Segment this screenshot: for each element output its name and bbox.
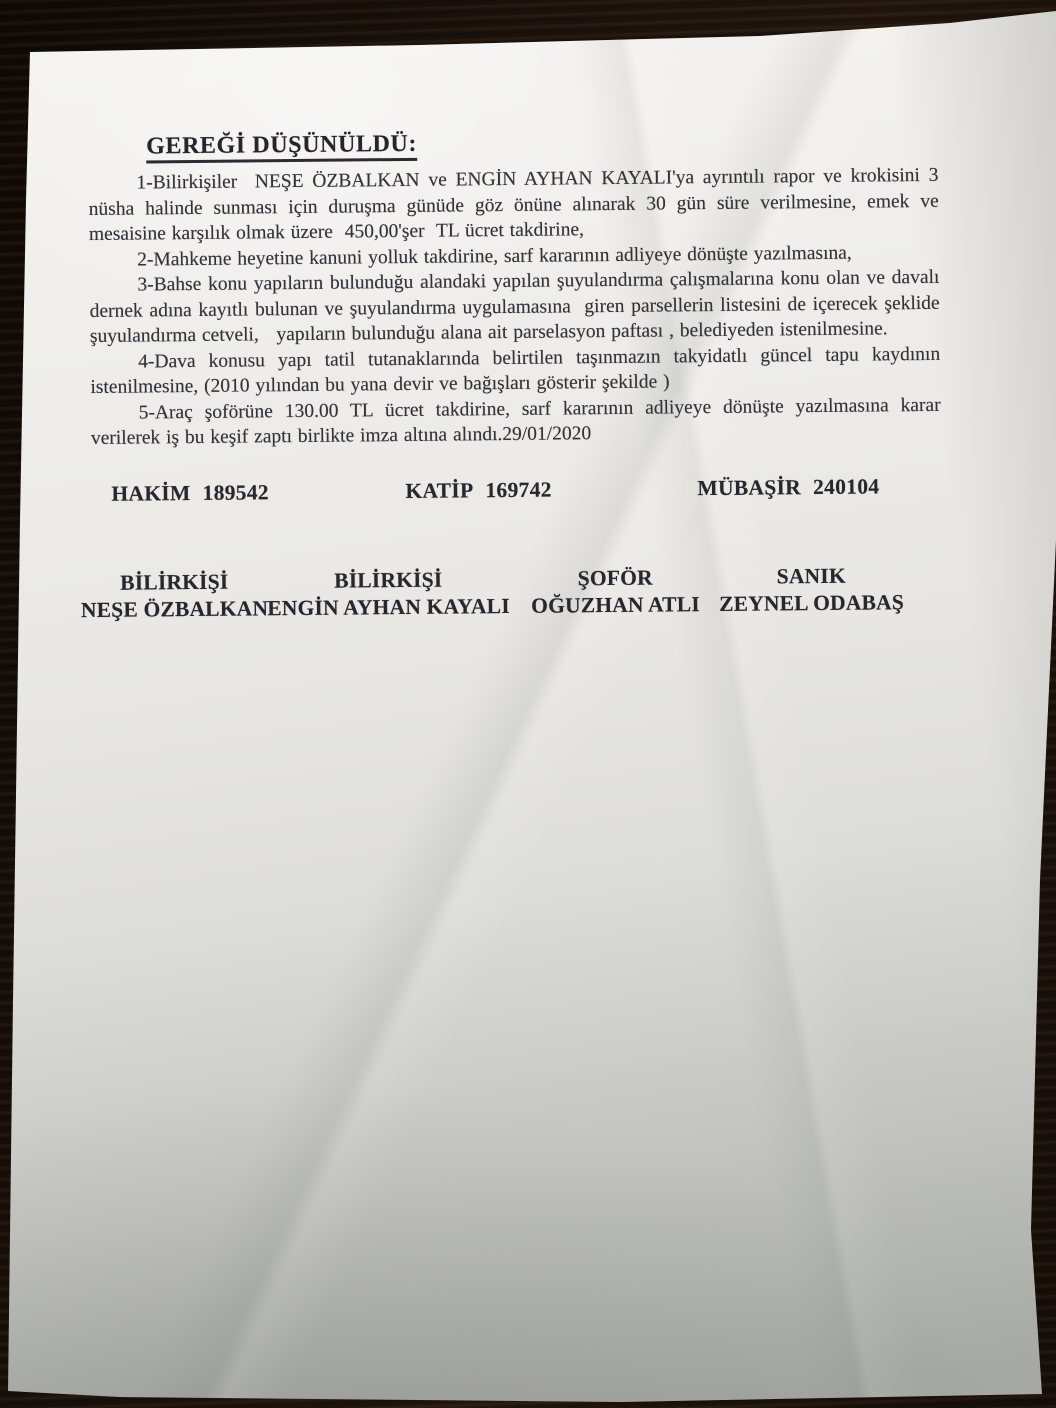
signatory-expert-2: BİLİRKİŞİ ENGİN AYHAN KAYALI: [260, 565, 517, 621]
signatory-defendant: SANIK ZEYNEL ODABAŞ: [700, 562, 923, 618]
signatory-role: BİLİRKİŞİ: [260, 565, 516, 594]
document-heading: GEREĞİ DÜŞÜNÜLDÜ:: [146, 131, 417, 164]
signatory-expert-1: BİLİRKİŞİ NEŞE ÖZBALKAN: [66, 568, 283, 624]
official-title: KATİP: [405, 478, 473, 503]
signatory-driver: ŞOFÖR OĞUZHAN ATLI: [520, 564, 711, 620]
decision-paragraph-3: 3-Bahse konu yapıların bulunduğu alandak…: [89, 265, 940, 350]
official-clerk: KATİP169742: [405, 477, 552, 503]
decision-paragraph-5: 5-Araç şoförüne 130.00 TL ücret takdirin…: [91, 392, 941, 451]
signatories-row: BİLİRKİŞİ NEŞE ÖZBALKAN BİLİRKİŞİ ENGİN …: [92, 561, 943, 631]
official-number: 169742: [485, 477, 552, 502]
signatory-role: SANIK: [700, 562, 922, 591]
decision-paragraph-4: 4-Dava konusu yapı tatil tutanaklarında …: [90, 341, 940, 400]
official-bailiff: MÜBAŞİR240104: [697, 474, 879, 501]
signatory-name: OĞUZHAN ATLI: [520, 591, 710, 620]
document-content: GEREĞİ DÜŞÜNÜLDÜ: 1-Bilirkişiler NEŞE ÖZ…: [88, 126, 943, 632]
official-title: MÜBAŞİR: [697, 475, 801, 500]
official-number: 189542: [202, 480, 269, 505]
signatory-role: BİLİRKİŞİ: [66, 568, 282, 597]
signatory-name: ZEYNEL ODABAŞ: [700, 589, 922, 618]
signatory-role: ŞOFÖR: [520, 564, 710, 593]
decision-paragraph-1: 1-Bilirkişiler NEŞE ÖZBALKAN ve ENGİN AY…: [88, 163, 939, 248]
officials-signature-row: HAKİM189542 KATİP169742 MÜBAŞİR240104: [91, 473, 941, 509]
official-judge: HAKİM189542: [111, 480, 269, 507]
court-document-photo: GEREĞİ DÜŞÜNÜLDÜ: 1-Bilirkişiler NEŞE ÖZ…: [0, 0, 1056, 1408]
paper-sheet: GEREĞİ DÜŞÜNÜLDÜ: 1-Bilirkişiler NEŞE ÖZ…: [0, 0, 1056, 1408]
official-title: HAKİM: [111, 481, 190, 506]
official-number: 240104: [813, 474, 880, 499]
signatory-name: NEŞE ÖZBALKAN: [66, 595, 282, 624]
signatory-name: ENGİN AYHAN KAYALI: [260, 592, 516, 621]
